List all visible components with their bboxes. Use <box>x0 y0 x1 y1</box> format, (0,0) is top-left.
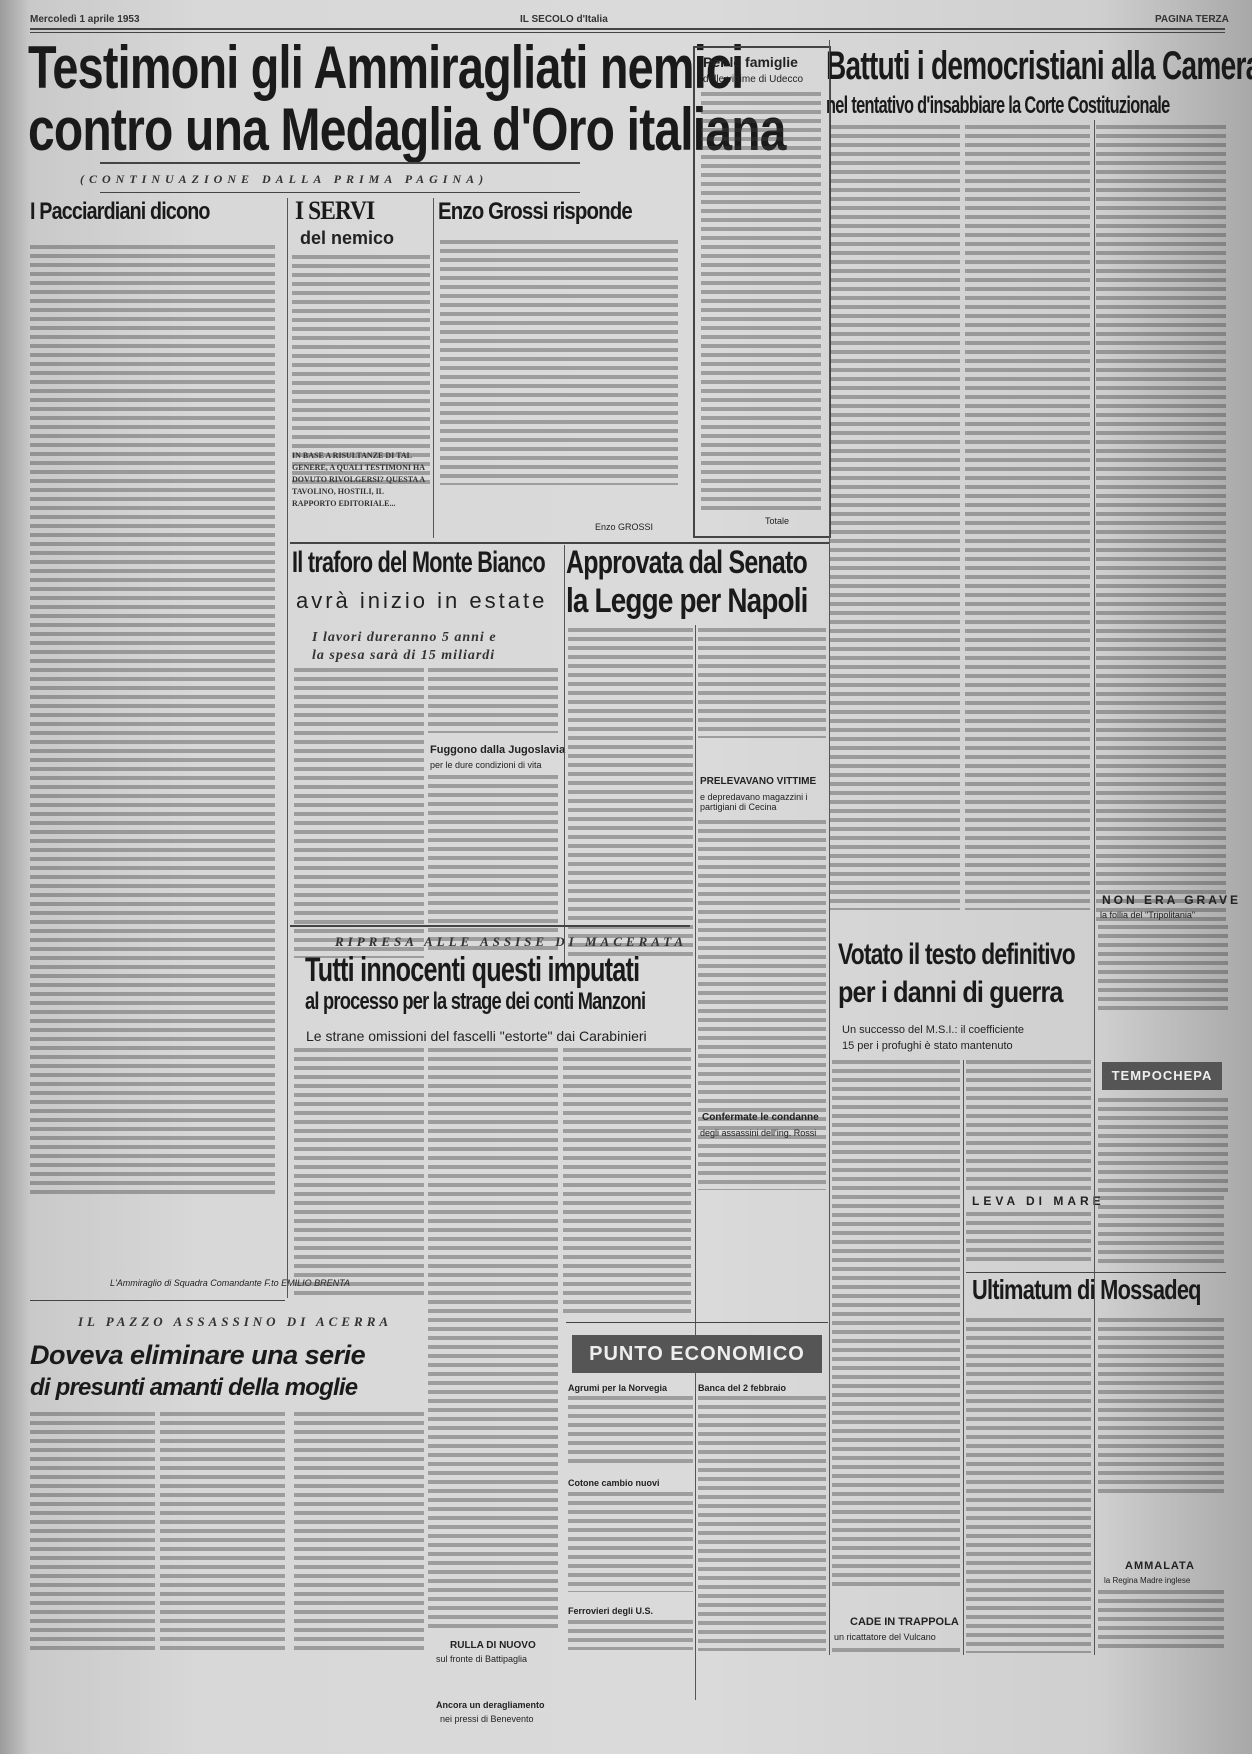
body-text-punto-4 <box>698 1396 826 1651</box>
body-text-monte-bianco-2 <box>428 668 558 733</box>
body-text-napoli-1 <box>568 628 693 958</box>
non-era-grave-subtitle: la follia del "Tripolitania" <box>1100 910 1195 920</box>
punto-subhead-1: Cotone cambio nuovi <box>568 1478 660 1488</box>
danni-guerra-headline-line1: Votato il testo definitivo <box>838 940 1075 970</box>
punto-col2-title: Banca del 2 febbraio <box>698 1383 786 1393</box>
macerata-headline-line1: Tutti innocenti questi imputati <box>305 953 639 987</box>
ammalata-title: AMMALATA <box>1125 1560 1195 1572</box>
ammalata-subtitle: la Regina Madre inglese <box>1104 1576 1190 1585</box>
body-text-mossadeq-2 <box>1098 1318 1224 1498</box>
punto-economico-banner: PUNTO ECONOMICO <box>572 1335 822 1373</box>
kicker-rule-top <box>100 162 580 164</box>
trappola-title: CADE IN TRAPPOLA <box>850 1616 959 1628</box>
donations-title: Per le famiglie <box>703 54 798 70</box>
macerata-kicker: RIPRESA ALLE ASSISE DI MACERATA <box>335 934 687 950</box>
acerra-headline-line2: di presunti amanti della moglie <box>30 1374 357 1402</box>
prelevavano-title: PRELEVAVANO VITTIME <box>700 776 816 787</box>
battipaglia-title: RULLA DI NUOVO <box>450 1640 536 1651</box>
body-text-macerata-1 <box>294 1048 424 1298</box>
section-rule <box>566 1322 828 1323</box>
camera-subheadline: nel tentativo d'insabbiare la Corte Cost… <box>826 94 1169 118</box>
section-rule <box>966 1272 1226 1273</box>
danni-guerra-deck-line2: 15 per i profughi è stato mantenuto <box>842 1040 1013 1052</box>
condanne-title: Confermate le condanne <box>702 1112 819 1123</box>
masthead-rule-thin <box>30 32 1225 33</box>
body-text-camera-3 <box>1096 125 1226 925</box>
body-text-mossadeq-1 <box>966 1318 1091 1653</box>
body-text-grossi <box>440 240 678 485</box>
leva-di-mare-title: LEVA DI MARE <box>972 1194 1105 1208</box>
body-text-macerata-3 <box>563 1048 691 1313</box>
masthead-page-label: PAGINA TERZA <box>1155 14 1229 25</box>
masthead-date: Mercoledì 1 aprile 1953 <box>30 14 140 25</box>
signature-left: L'Ammiraglio di Squadra Comandante F.to … <box>110 1278 280 1288</box>
punto-col1-title: Agrumi per la Norvegia <box>568 1383 667 1393</box>
body-text-trappola <box>832 1648 960 1653</box>
body-text-tempochepa <box>1098 1098 1228 1193</box>
body-text-napoli-2 <box>698 628 826 738</box>
body-text-camera-1 <box>830 125 960 910</box>
body-text-camera-2 <box>965 125 1090 910</box>
body-text-acerra-2 <box>160 1412 285 1652</box>
main-kicker: (CONTINUAZIONE DALLA PRIMA PAGINA) <box>80 172 488 187</box>
body-text-monte-bianco-1 <box>294 668 424 958</box>
main-headline-line2: contro una Medaglia d'Oro italiana <box>28 100 786 160</box>
section-rule <box>30 1300 285 1301</box>
servi-capital-note: IN BASE A RISULTANZE DI TAL GENERE, A QU… <box>292 450 430 510</box>
body-text-ammalata <box>1098 1590 1224 1650</box>
acerra-headline-line1: Doveva eliminare una serie <box>30 1340 365 1371</box>
donations-box: Per le famiglie delle vittime di Udecco … <box>693 46 831 538</box>
body-text-non-era-grave <box>1098 925 1228 1010</box>
section-servi: I SERVI <box>295 198 374 224</box>
monte-bianco-headline-line2: avrà inizio in estate <box>296 588 547 614</box>
body-text-acerra-1 <box>30 1412 155 1652</box>
column-divider <box>695 625 696 1700</box>
kicker-rule-bottom <box>100 192 580 193</box>
section-servi-subtitle: del nemico <box>300 228 394 249</box>
main-headline-line1: Testimoni gli Ammiragliati nemici <box>28 38 743 98</box>
napoli-headline-line1: Approvata dal Senato <box>566 546 807 578</box>
jugoslavia-title: Fuggono dalla Jugoslavia <box>430 744 565 756</box>
body-text-pacciardiani <box>30 245 275 1195</box>
danni-guerra-headline-line2: per i danni di guerra <box>838 978 1063 1008</box>
column-divider <box>963 1060 964 1655</box>
section-grossi: Enzo Grossi risponde <box>438 200 632 224</box>
acerra-kicker: IL PAZZO ASSASSINO DI ACERRA <box>78 1314 392 1330</box>
danni-guerra-deck-line1: Un successo del M.S.I.: il coefficiente <box>842 1024 1024 1036</box>
section-rule <box>290 925 690 927</box>
mossadeq-headline: Ultimatum di Mossadeq <box>972 1276 1201 1304</box>
monte-bianco-deck-line1: I lavori dureranno 5 anni e <box>312 630 497 646</box>
condanne-subtitle: degli assassini dell'ing. Rossi <box>700 1128 816 1138</box>
body-text-punto-3 <box>568 1620 693 1650</box>
column-divider <box>1094 120 1095 1655</box>
trappola-subtitle: un ricattatore del Vulcano <box>834 1632 936 1642</box>
column-divider <box>433 198 434 538</box>
donations-list <box>701 92 821 512</box>
body-text-danni-2 <box>966 1060 1091 1190</box>
body-text-right-mid <box>1098 1196 1224 1266</box>
section-pacciardiani: I Pacciardiani dicono <box>30 200 210 224</box>
body-text-jugoslavia <box>428 775 558 955</box>
punto-subhead-2: Ferrovieri degli U.S. <box>568 1606 653 1616</box>
macerata-headline-line2: al processo per la strage dei conti Manz… <box>305 990 645 1014</box>
newspaper-page: Mercoledì 1 aprile 1953 IL SECOLO d'Ital… <box>0 0 1252 1754</box>
column-divider <box>829 40 830 1655</box>
body-text-danni-1 <box>832 1060 960 1590</box>
body-text-macerata-2 <box>428 1048 558 1628</box>
jugoslavia-subtitle: per le dure condizioni di vita <box>430 760 542 770</box>
body-text-punto-1 <box>568 1396 693 1464</box>
napoli-headline-line2: la Legge per Napoli <box>566 584 808 618</box>
tempochepa-banner: TEMPOCHEPA <box>1102 1062 1222 1090</box>
signature-grossi: Enzo GROSSI <box>595 522 653 532</box>
donations-total-label: Totale <box>765 516 789 526</box>
camera-headline: Battuti i democristiani alla Camera <box>826 46 1252 86</box>
masthead-rule <box>30 28 1225 30</box>
macerata-deck: Le strane omissioni del fascelli "estort… <box>306 1028 647 1044</box>
prelevavano-subtitle: e depredavano magazzini i partigiani di … <box>700 792 825 812</box>
column-divider <box>564 545 565 965</box>
donations-subtitle: delle vittime di Udecco <box>703 74 803 85</box>
monte-bianco-deck-line2: la spesa sarà di 15 miliardi <box>312 648 495 664</box>
body-text-acerra-3 <box>294 1412 424 1652</box>
body-text-leva <box>966 1212 1091 1264</box>
column-divider <box>287 198 288 1298</box>
body-text-punto-2 <box>568 1492 693 1592</box>
benevento-subtitle: nei pressi di Benevento <box>440 1714 534 1724</box>
monte-bianco-headline-line1: Il traforo del Monte Bianco <box>292 548 545 578</box>
battipaglia-subtitle: sul fronte di Battipaglia <box>436 1654 527 1664</box>
non-era-grave-title: NON ERA GRAVE <box>1102 893 1241 907</box>
masthead-paper-name: IL SECOLO d'Italia <box>520 14 608 25</box>
benevento-title: Ancora un deragliamento <box>436 1700 545 1710</box>
